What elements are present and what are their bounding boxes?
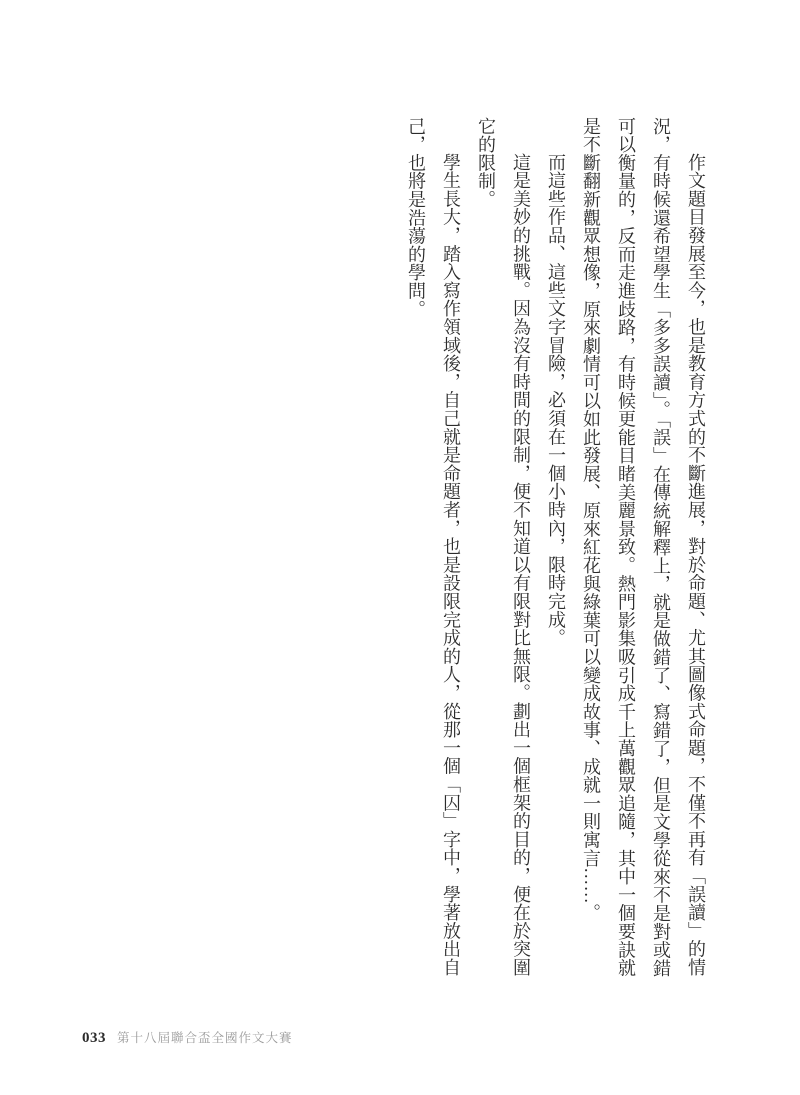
vertical-text-block: 作文題目發展至今，也是教育方式的不斷進展，對於命題、尤其圖像式命題，不僅不再有「… [398, 117, 713, 993]
page-footer: 033 第十八屆聯合盃全國作文大賽 [82, 1028, 293, 1047]
paragraph-3: 這是美妙的挑戰。因為沒有時間的限制，便不知道以有限對比無限。劃出一個框架的目的，… [468, 117, 538, 993]
book-page: 作文題目發展至今，也是教育方式的不斷進展，對於命題、尤其圖像式命題，不僅不再有「… [0, 0, 800, 1095]
paragraph-1: 作文題目發展至今，也是教育方式的不斷進展，對於命題、尤其圖像式命題，不僅不再有「… [573, 117, 713, 993]
book-title: 第十八屆聯合盃全國作文大賽 [117, 1028, 293, 1046]
paragraph-4: 學生長大，踏入寫作領域後，自己就是命題者，也是設限完成的人，從那一個「囚」字中，… [398, 117, 468, 993]
page-number: 033 [82, 1030, 106, 1047]
paragraph-2: 而這些作品、這些文字冒險，必須在一個小時內，限時完成。 [538, 117, 573, 993]
